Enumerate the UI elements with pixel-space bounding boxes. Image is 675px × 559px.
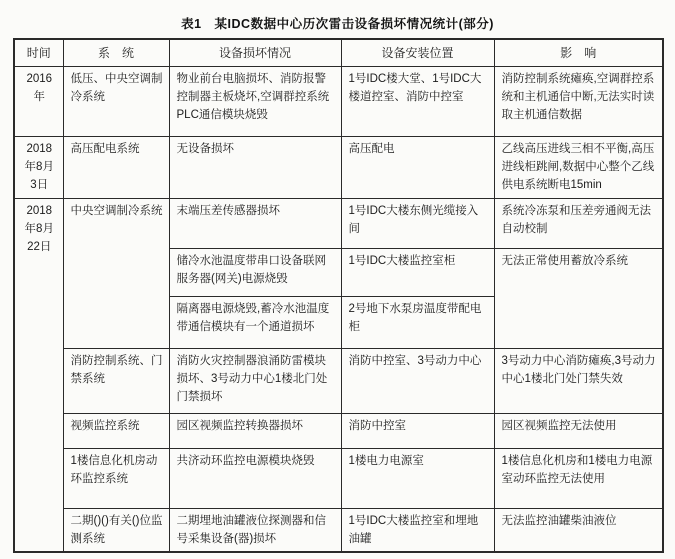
cell-damage: 储冷水池温度带串口设备联网服务器(网关)电源烧毁: [169, 249, 341, 297]
cell-damage: 二期埋地油罐液位探测器和信号采集设备(器)损坏: [169, 509, 341, 553]
cell-impact: 3号动力中心消防瘫痪,3号动力中心1楼北门处门禁失效: [494, 349, 663, 414]
cell-system: 视频监控系统: [63, 414, 169, 449]
cell-location: 1号IDC大楼监控室和埋地油罐: [341, 509, 494, 553]
cell-location: 1号IDC大楼东侧光缆接入间: [341, 199, 494, 249]
damage-statistics-table: 时间 系 统 设备损坏情况 设备安装位置 影 响 2016年 低压、中央空调制冷…: [13, 38, 664, 553]
cell-system: 中央空调制冷系统: [63, 199, 169, 349]
cell-damage: 园区视频监控转换器损坏: [169, 414, 341, 449]
cell-damage: 隔离器电源烧毁,蓄冷水池温度带通信模块有一个通道损坏: [169, 297, 341, 349]
cell-location: 2号地下水泵房温度带配电柜: [341, 297, 494, 349]
cell-system: 二期()()有关()位监测系统: [63, 509, 169, 553]
cell-system: 高压配电系统: [63, 137, 169, 199]
cell-impact: 无法正常使用蓄放冷系统: [494, 249, 663, 349]
cell-time: 2018年8月22日: [14, 199, 63, 553]
cell-location: 1楼电力电源室: [341, 449, 494, 509]
cell-location: 消防中控室: [341, 414, 494, 449]
cell-impact: 园区视频监控无法使用: [494, 414, 663, 449]
header-damage: 设备损坏情况: [169, 39, 341, 67]
table-row: 2018年8月22日 中央空调制冷系统 末端压差传感器损坏 1号IDC大楼东侧光…: [14, 199, 663, 249]
header-system: 系 统: [63, 39, 169, 67]
cell-damage: 末端压差传感器损坏: [169, 199, 341, 249]
cell-damage: 消防火灾控制器浪涌防雷模块损坏、3号动力中心1楼北门处门禁损坏: [169, 349, 341, 414]
cell-damage: 共济动环监控电源模块烧毁: [169, 449, 341, 509]
cell-system: 1楼信息化机房动环监控系统: [63, 449, 169, 509]
table-row: 消防控制系统、门禁系统 消防火灾控制器浪涌防雷模块损坏、3号动力中心1楼北门处门…: [14, 349, 663, 414]
cell-impact: 消防控制系统瘫痪,空调群控系统和主机通信中断,无法实时读取主机通信数据: [494, 67, 663, 137]
cell-time: 2018年8月3日: [14, 137, 63, 199]
table-row: 视频监控系统 园区视频监控转换器损坏 消防中控室 园区视频监控无法使用: [14, 414, 663, 449]
cell-location: 1号IDC大楼监控室柜: [341, 249, 494, 297]
header-location: 设备安装位置: [341, 39, 494, 67]
cell-impact: 系统冷冻泵和压差旁通阀无法自动校制: [494, 199, 663, 249]
table-row: 二期()()有关()位监测系统 二期埋地油罐液位探测器和信号采集设备(器)损坏 …: [14, 509, 663, 553]
table-title: 表1 某IDC数据中心历次雷击设备损坏情况统计(部分): [0, 14, 675, 32]
cell-location: 1号IDC楼大堂、1号IDC大楼道控室、消防中控室: [341, 67, 494, 137]
table-row: 2018年8月3日 高压配电系统 无设备损坏 高压配电 乙线高压进线三相不平衡,…: [14, 137, 663, 199]
cell-impact: 1楼信息化机房和1楼电力电源室动环监控无法使用: [494, 449, 663, 509]
cell-location: 高压配电: [341, 137, 494, 199]
header-impact: 影 响: [494, 39, 663, 67]
header-time: 时间: [14, 39, 63, 67]
cell-time: 2016年: [14, 67, 63, 137]
header-row: 时间 系 统 设备损坏情况 设备安装位置 影 响: [14, 39, 663, 67]
cell-damage: 无设备损坏: [169, 137, 341, 199]
cell-system: 低压、中央空调制冷系统: [63, 67, 169, 137]
cell-location: 消防中控室、3号动力中心: [341, 349, 494, 414]
table-row: 2016年 低压、中央空调制冷系统 物业前台电脑损坏、消防报警控制器主板烧坏,空…: [14, 67, 663, 137]
cell-impact: 无法监控油罐柴油液位: [494, 509, 663, 553]
cell-damage: 物业前台电脑损坏、消防报警控制器主板烧坏,空调群控系统PLC通信模块烧毁: [169, 67, 341, 137]
table-row: 1楼信息化机房动环监控系统 共济动环监控电源模块烧毁 1楼电力电源室 1楼信息化…: [14, 449, 663, 509]
cell-system: 消防控制系统、门禁系统: [63, 349, 169, 414]
cell-impact: 乙线高压进线三相不平衡,高压进线柜跳闸,数据中心整个乙线供电系统断电15min: [494, 137, 663, 199]
scanned-document-page: 表1 某IDC数据中心历次雷击设备损坏情况统计(部分) 时间 系 统 设备损坏情…: [0, 0, 675, 559]
